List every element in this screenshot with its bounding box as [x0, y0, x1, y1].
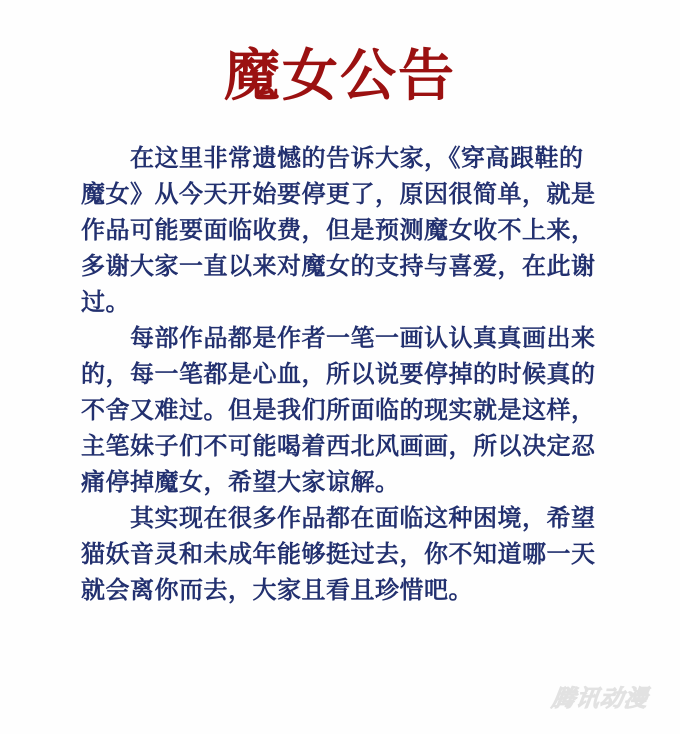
body-line: 猫妖音灵和未成年能够挺过去，你不知道哪一天	[81, 536, 621, 572]
body-line: 就会离你而去，大家且看且珍惜吧。	[81, 572, 621, 608]
body-line: 的，每一笔都是心血，所以说要停掉的时候真的	[81, 356, 621, 392]
body-line: 痛停掉魔女，希望大家谅解。	[81, 464, 621, 500]
paragraph-3: 其实现在很多作品都在面临这种困境，希望 猫妖音灵和未成年能够挺过去，你不知道哪一…	[81, 500, 621, 608]
announcement-body: 在这里非常遗憾的告诉大家，《穿高跟鞋的 魔女》从今天开始要停更了，原因很简单，就…	[81, 140, 621, 608]
body-line: 魔女》从今天开始要停更了，原因很简单，就是	[81, 176, 621, 212]
page-title: 魔女公告	[0, 44, 680, 110]
body-line: 在这里非常遗憾的告诉大家，《穿高跟鞋的	[81, 140, 621, 176]
body-line: 每部作品都是作者一笔一画认认真真画出来	[81, 320, 621, 356]
paragraph-1: 在这里非常遗憾的告诉大家，《穿高跟鞋的 魔女》从今天开始要停更了，原因很简单，就…	[81, 140, 621, 320]
announcement-page: 魔女公告 在这里非常遗憾的告诉大家，《穿高跟鞋的 魔女》从今天开始要停更了，原因…	[0, 0, 680, 734]
paragraph-2: 每部作品都是作者一笔一画认认真真画出来 的，每一笔都是心血，所以说要停掉的时候真…	[81, 320, 621, 500]
body-line: 主笔妹子们不可能喝着西北风画画，所以决定忍	[81, 428, 621, 464]
tencent-comics-logo: 腾讯动漫	[550, 686, 650, 712]
body-line: 过。	[81, 284, 621, 320]
body-line: 不舍又难过。但是我们所面临的现实就是这样，	[81, 392, 621, 428]
body-line: 其实现在很多作品都在面临这种困境，希望	[81, 500, 621, 536]
body-line: 多谢大家一直以来对魔女的支持与喜爱，在此谢	[81, 248, 621, 284]
body-line: 作品可能要面临收费，但是预测魔女收不上来，	[81, 212, 621, 248]
